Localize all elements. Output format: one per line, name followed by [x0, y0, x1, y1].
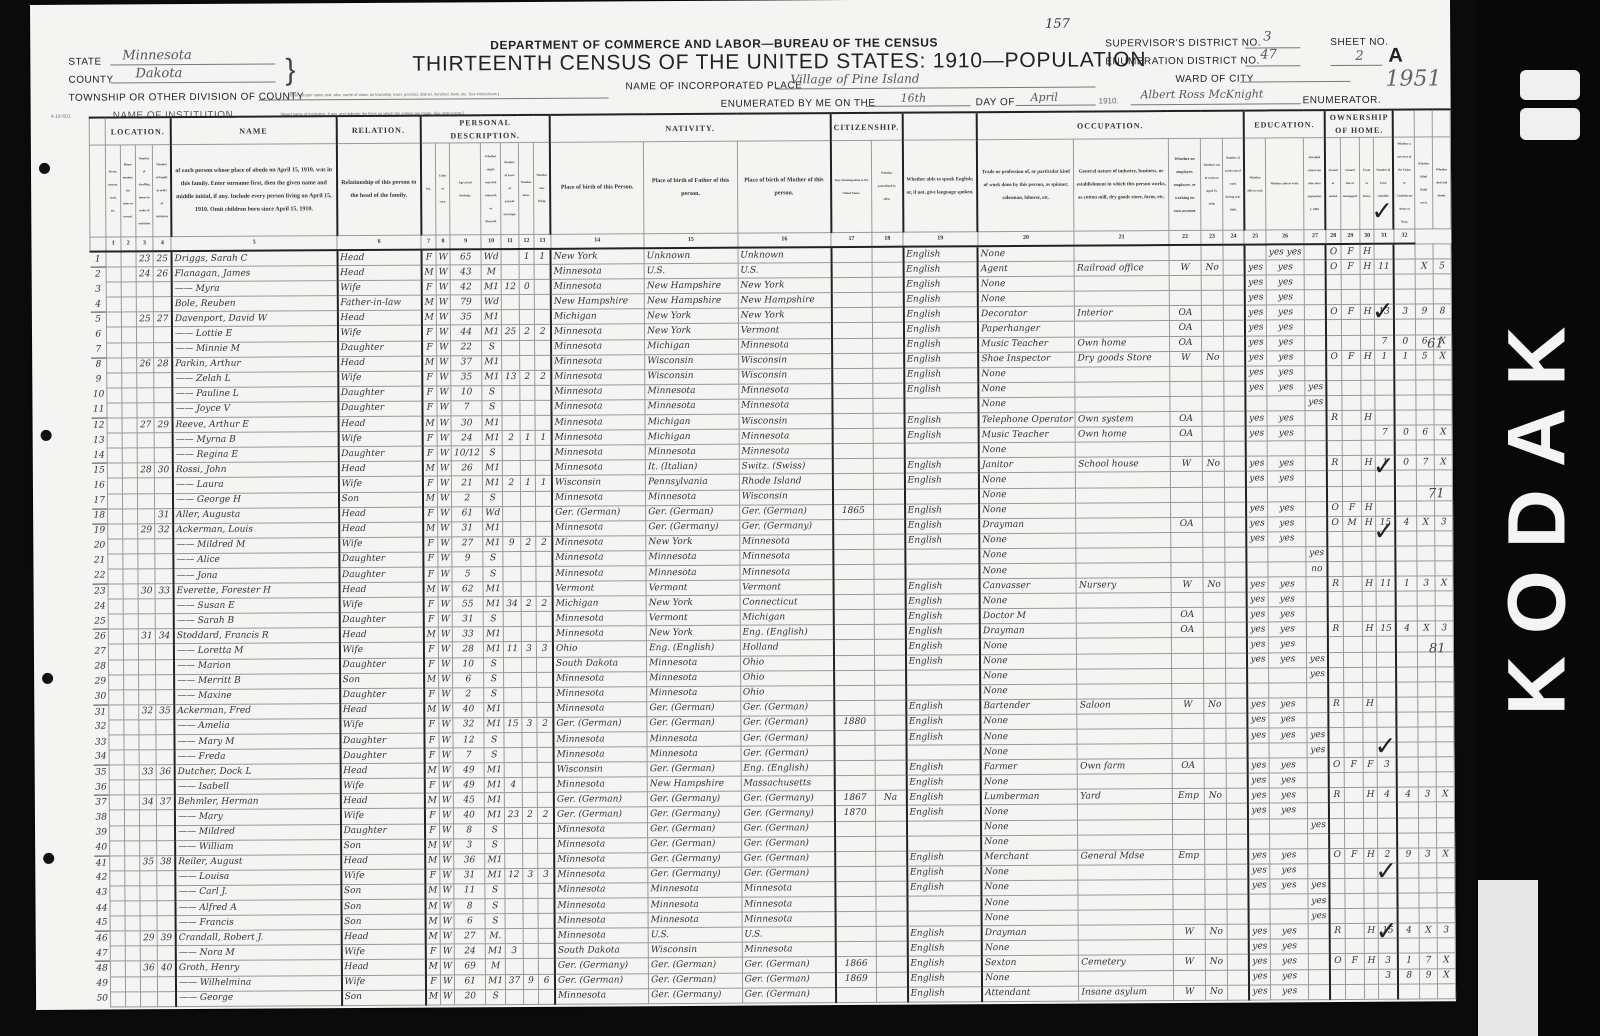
cell-bp: Minnesota: [551, 400, 645, 416]
cell-sex: F: [424, 658, 439, 673]
line-number: 43: [94, 886, 110, 901]
cell-age: 10/12: [451, 446, 482, 461]
enumerated-label: ENUMERATED BY ME ON THE: [721, 98, 876, 110]
cell-trade: None: [978, 291, 1075, 307]
cell-fam: 27: [154, 312, 172, 327]
house-number-cell: [123, 569, 138, 584]
house-number-cell: [124, 765, 139, 780]
cell-dw: [139, 825, 157, 840]
cell-ow: [1203, 547, 1225, 562]
header-dwelling: Number of dwelling house in order of vis…: [135, 145, 153, 237]
cell-mar: M.: [485, 929, 505, 944]
cell-fam: 37: [157, 795, 175, 810]
cell-free: [1344, 773, 1364, 788]
cell-sched: 7: [1375, 425, 1395, 440]
cell-bpm: Wisconsin: [739, 414, 833, 430]
cell-free: [1345, 939, 1365, 954]
header-children-living: Number now living.: [534, 142, 551, 234]
cell-sch: [1305, 365, 1327, 380]
line-number: 18: [92, 509, 108, 524]
cell-age: 32: [453, 718, 484, 733]
cell-ow: [1203, 517, 1225, 532]
cell-rel: Daughter: [338, 446, 422, 462]
house-number-cell: [122, 463, 137, 478]
cell-ind: [1078, 774, 1173, 790]
census-rows: 12325Driggs, Sarah CHeadFW65Wd11New York…: [90, 243, 1456, 1006]
cell-nat: [876, 957, 907, 972]
state-value: Minnesota: [122, 48, 191, 63]
header-family: Number of family in order of visitation.: [153, 145, 172, 237]
street-cell: [109, 826, 124, 841]
cell-emp: [1170, 366, 1202, 381]
cell-nat: [872, 368, 903, 383]
line-number: 15: [91, 463, 107, 478]
cell-bpm: Unknown: [738, 247, 832, 263]
cell-race: W: [439, 793, 453, 808]
cell-bpm: Vermont: [738, 323, 832, 339]
cell-born: [522, 778, 538, 793]
cell-ow: [1202, 396, 1224, 411]
cell-fh: H: [1361, 350, 1375, 365]
street-cell: [110, 946, 125, 961]
cell-emp: [1172, 728, 1204, 743]
county-value: Dakota: [135, 66, 182, 81]
cell-rd: yes: [1246, 456, 1268, 471]
cell-trade: None: [978, 246, 1075, 262]
cell-born: [521, 566, 537, 581]
cell-race: W: [440, 854, 454, 869]
cell-bpf: Ger. (Germany): [648, 807, 742, 823]
cell-bpm: Minnesota: [739, 444, 833, 460]
cell-age: 35: [451, 310, 482, 325]
cell-rd: yes: [1246, 592, 1268, 607]
cell-sex: F: [422, 446, 437, 461]
cell-living: [538, 853, 554, 868]
margin-note: 81: [1429, 641, 1446, 656]
cell-rd: yes: [1247, 728, 1269, 743]
enumerated-year: 1910.: [1099, 96, 1119, 105]
cell-living: [539, 959, 555, 974]
cell-bpf: New York: [646, 595, 740, 611]
cell-age: 22: [451, 340, 482, 355]
cell-free: [1342, 531, 1362, 546]
cell-bp: Ohio: [553, 641, 647, 657]
cell-own: O: [1330, 848, 1345, 863]
cell-blind: 3: [1419, 787, 1437, 802]
cell-free: M: [1342, 516, 1362, 531]
cell-age: 3: [454, 838, 485, 853]
cell-wr: [1268, 562, 1306, 577]
cell-ind: [1077, 638, 1172, 654]
cell-name: —— Mary: [175, 809, 341, 825]
cell-race: W: [440, 990, 454, 1005]
house-number-cell: [123, 584, 138, 599]
cell-free: [1344, 788, 1364, 803]
cell-wr: [1268, 547, 1306, 562]
cell-ow: [1202, 321, 1224, 336]
cell-bpf: New Hampshire: [644, 278, 738, 294]
cell-wk: [1227, 939, 1249, 954]
township-hint: [Insert proper name and, also, name of c…: [289, 91, 500, 97]
street-cell: [107, 418, 122, 433]
header-marital: Whether single, married, widowed, or div…: [481, 143, 502, 235]
cell-deaf: [1433, 243, 1451, 259]
cell-imm: 1870: [835, 806, 876, 821]
cell-lang: English: [907, 941, 982, 957]
cell-free: [1343, 622, 1363, 637]
cell-living: [536, 566, 552, 581]
cell-age: 55: [452, 597, 483, 612]
cell-bp: South Dakota: [553, 656, 647, 672]
cell-sex: F: [425, 808, 440, 823]
cell-imm: [833, 519, 874, 534]
cell-deaf: [1434, 395, 1452, 410]
cell-lang: [906, 684, 981, 700]
cell-rel: Daughter: [339, 658, 423, 674]
cell-free: F: [1341, 305, 1361, 320]
cell-age: 43: [450, 265, 481, 280]
cell-own: [1330, 939, 1345, 954]
cell-vet: 4: [1396, 516, 1417, 531]
column-number: 24: [1223, 230, 1245, 245]
cell-own: [1329, 727, 1344, 742]
cell-wk: [1225, 638, 1247, 653]
street-cell: [108, 554, 123, 569]
cell-yrs: [506, 989, 524, 1004]
street-cell: [110, 901, 125, 916]
cell-bpf: Ger. (German): [648, 958, 742, 974]
cell-name: —— George: [176, 990, 342, 1006]
cell-ind: [1077, 713, 1172, 729]
house-number-cell: [123, 705, 138, 720]
column-number: 14: [550, 234, 644, 249]
cell-rel: Wife: [341, 944, 425, 960]
cell-free: [1345, 878, 1365, 893]
film-leader-tab: [1478, 880, 1538, 1036]
line-number: 13: [91, 433, 107, 448]
line-number: 29: [93, 675, 109, 690]
cell-fam: 35: [156, 704, 174, 719]
cell-race: W: [438, 627, 452, 642]
cell-dw: [140, 946, 158, 961]
cell-living: [537, 657, 553, 672]
house-number-cell: [123, 674, 138, 689]
cell-nat: [876, 911, 907, 926]
cell-nat: [875, 806, 906, 821]
cell-mar: M1: [485, 944, 505, 959]
cell-wr: yes: [1267, 305, 1305, 320]
cell-wk: [1224, 396, 1246, 411]
cell-sex: M: [422, 310, 437, 325]
cell-mar: M: [486, 959, 506, 974]
cell-bpm: Eng. (English): [741, 761, 835, 777]
cell-rel: Son: [341, 839, 425, 855]
house-number-cell: [124, 750, 139, 765]
line-number: 35: [93, 765, 109, 780]
cell-rel: Head: [340, 763, 424, 779]
cell-emp: [1173, 940, 1205, 955]
house-number-cell: [121, 312, 136, 327]
cell-race: W: [439, 718, 453, 733]
cell-rd: yes: [1245, 381, 1267, 396]
cell-bpm: Ger. (German): [741, 821, 835, 837]
cell-mar: M1: [482, 431, 502, 446]
cell-yrs: 12: [501, 280, 519, 295]
cell-name: —— Marion: [174, 658, 340, 674]
cell-bp: Minnesota: [551, 324, 645, 340]
header-naturalized: Whether naturalized or alien.: [871, 140, 903, 232]
cell-blind: [1416, 365, 1434, 380]
cell-vet: [1397, 757, 1418, 772]
cell-mar: S: [484, 687, 504, 702]
cell-yrs: [502, 416, 520, 431]
house-number-cell: [124, 825, 139, 840]
cell-born: [519, 295, 535, 310]
group-nativity: NATIVITY.: [550, 113, 831, 142]
house-number-cell: [125, 946, 140, 961]
cell-sch: [1306, 486, 1328, 501]
cell-born: [520, 446, 536, 461]
cell-dw: [138, 539, 156, 554]
header-sex: Sex.: [421, 143, 436, 235]
cell-wk: [1223, 321, 1245, 336]
cell-rel: Wife: [338, 477, 422, 493]
cell-emp: W: [1170, 457, 1202, 472]
checkmark-icon: ✓: [1373, 452, 1395, 482]
cell-bpf: Minnesota: [645, 444, 739, 460]
cell-blind: [1417, 591, 1435, 606]
cell-name: —— Jona: [173, 568, 339, 584]
census-table: LOCATION. NAME RELATION. PERSONAL DESCRI…: [89, 108, 1456, 1007]
house-number-cell: [123, 554, 138, 569]
cell-sex: F: [423, 597, 438, 612]
cell-blind: [1418, 697, 1436, 712]
line-number: 46: [94, 931, 110, 946]
cell-ow: [1203, 487, 1225, 502]
cell-age: 37: [451, 355, 482, 370]
cell-bpf: Minnesota: [646, 490, 740, 506]
cell-lang: English: [904, 413, 979, 429]
cell-sched: [1376, 486, 1396, 501]
cell-bp: Minnesota: [553, 671, 647, 687]
cell-rel: Wife: [339, 643, 423, 659]
cell-blind: X: [1415, 259, 1433, 274]
line-number: 8: [91, 358, 107, 373]
street-cell: [107, 463, 122, 478]
cell-race: W: [438, 507, 452, 522]
cell-free: [1344, 863, 1364, 878]
cell-deaf: [1436, 727, 1454, 742]
cell-age: 61: [455, 974, 486, 989]
cell-own: [1328, 652, 1343, 667]
column-number: 30: [1360, 229, 1374, 244]
cell-living: 2: [537, 717, 553, 732]
cell-wr: yes: [1268, 516, 1306, 531]
cell-rd: yes: [1247, 713, 1269, 728]
cell-emp: OA: [1170, 411, 1202, 426]
census-sheet: STATE Minnesota COUNTY Dakota } TOWNSHIP…: [30, 0, 1456, 1010]
cell-vet: [1395, 440, 1416, 455]
cell-sex: F: [425, 869, 440, 884]
cell-own: [1329, 803, 1344, 818]
cell-mar: M1: [484, 793, 504, 808]
cell-wk: [1225, 562, 1247, 577]
column-number: 20: [978, 231, 1075, 246]
cell-fh: [1364, 803, 1378, 818]
cell-race: W: [439, 778, 453, 793]
cell-rd: yes: [1245, 351, 1267, 366]
line-number: 38: [93, 810, 109, 825]
cell-name: —— Myra: [172, 281, 338, 297]
cell-deaf: 3: [1437, 923, 1455, 938]
cell-bpf: Unknown: [644, 248, 738, 264]
cell-dw: [137, 388, 155, 403]
cell-bpf: Michigan: [645, 339, 739, 355]
cell-ind: [1075, 396, 1170, 412]
cell-wk: [1223, 336, 1245, 351]
cell-rel: Daughter: [340, 733, 424, 749]
line-number: 7: [91, 343, 107, 358]
house-number-cell: [125, 991, 140, 1006]
cell-fam: [154, 372, 172, 387]
cell-own: [1328, 546, 1343, 561]
cell-ow: [1202, 306, 1224, 321]
cell-dw: [140, 991, 158, 1006]
cell-mar: S: [484, 748, 504, 763]
cell-rd: yes: [1246, 502, 1268, 517]
line-number: 22: [92, 569, 108, 584]
line-number: 11: [91, 403, 107, 418]
cell-dw: [137, 448, 155, 463]
line-number: 45: [94, 916, 110, 931]
cell-lang: English: [906, 654, 981, 670]
binder-hole-icon: [39, 163, 50, 174]
cell-nat: [873, 474, 904, 489]
header-employer: Whether an employer, employee, or workin…: [1168, 138, 1201, 230]
cell-name: —— Lottie E: [172, 326, 338, 342]
cell-living: [537, 747, 553, 762]
cell-deaf: X: [1434, 455, 1452, 470]
cell-rd: yes: [1246, 471, 1268, 486]
cell-ow: [1204, 638, 1226, 653]
cell-wk: [1225, 517, 1247, 532]
cell-sch: yes: [1307, 667, 1329, 682]
cell-name: —— Joyce V: [172, 402, 338, 418]
cell-fam: [158, 976, 176, 991]
cell-living: [535, 340, 551, 355]
line-number: 5: [90, 312, 106, 327]
cell-yrs: [505, 823, 523, 838]
cell-fh: [1363, 652, 1377, 667]
cell-imm: 1869: [836, 972, 877, 987]
cell-fam: 38: [157, 855, 175, 870]
cell-blind: 9: [1416, 304, 1434, 319]
cell-mar: S: [485, 823, 505, 838]
cell-age: 27: [452, 537, 483, 552]
cell-age: 40: [453, 703, 484, 718]
cell-blind: [1417, 470, 1435, 485]
cell-own: [1327, 380, 1342, 395]
cell-ind: Cemetery: [1079, 955, 1174, 971]
cell-fh: [1364, 833, 1378, 848]
cell-age: 6: [453, 672, 484, 687]
cell-sched: [1377, 667, 1397, 682]
cell-deaf: [1435, 500, 1453, 515]
cell-ow: [1204, 713, 1226, 728]
cell-free: [1343, 697, 1363, 712]
cell-lang: English: [905, 609, 980, 625]
cell-yrs: [502, 400, 520, 415]
checkmark-icon: ✓: [1372, 297, 1394, 327]
cell-deaf: [1436, 666, 1454, 681]
cell-emp: W: [1169, 351, 1201, 366]
cell-rel: Son: [340, 673, 424, 689]
cell-rel: Wife: [340, 778, 424, 794]
cell-free: [1342, 546, 1362, 561]
cell-yrs: 25: [502, 325, 520, 340]
cell-deaf: [1436, 682, 1454, 697]
cell-race: W: [438, 552, 452, 567]
cell-vet: 0: [1394, 335, 1415, 350]
cell-lang: [907, 820, 982, 836]
street-cell: [109, 765, 124, 780]
cell-ind: Own system: [1075, 412, 1170, 428]
cell-sched: [1375, 395, 1395, 410]
cell-rd: [1248, 819, 1270, 834]
cell-blind: [1417, 561, 1435, 576]
cell-wk: [1226, 819, 1248, 834]
cell-vet: [1398, 984, 1419, 999]
cell-name: Stoddard, Francis R: [174, 628, 340, 644]
cell-living: [536, 461, 552, 476]
cell-wr: yes: [1267, 426, 1305, 441]
cell-living: [538, 823, 554, 838]
cell-born: 2: [519, 325, 535, 340]
cell-free: [1343, 592, 1363, 607]
cell-imm: 1866: [836, 957, 877, 972]
cell-age: 27: [454, 929, 485, 944]
street-cell: [108, 509, 123, 524]
cell-wk: [1226, 773, 1248, 788]
cell-ind: Yard: [1078, 789, 1173, 805]
cell-blind: 5: [1416, 350, 1434, 365]
cell-ow: [1202, 336, 1224, 351]
cell-yrs: 34: [503, 597, 521, 612]
cell-wk: [1223, 351, 1245, 366]
cell-sch: [1305, 411, 1327, 426]
cell-vet: 8: [1398, 969, 1419, 984]
cell-bpm: Minnesota: [740, 565, 834, 581]
cell-dw: 32: [139, 705, 157, 720]
cell-ind: School house: [1076, 457, 1171, 473]
street-cell: [110, 871, 125, 886]
cell-free: [1341, 335, 1361, 350]
cell-lang: English: [907, 971, 982, 987]
cell-own: [1327, 486, 1342, 501]
cell-wk: [1224, 426, 1246, 441]
cell-born: [520, 415, 536, 430]
cell-dw: [140, 871, 158, 886]
cell-fam: [156, 689, 174, 704]
cell-name: —— Minnie M: [172, 341, 338, 357]
cell-bp: Minnesota: [552, 536, 646, 552]
cell-lang: [905, 564, 980, 580]
cell-own: O: [1326, 244, 1341, 260]
cell-sched: [1377, 712, 1397, 727]
cell-deaf: [1437, 878, 1455, 893]
cell-age: 30: [451, 416, 482, 431]
header-age: Age at last birthday.: [450, 143, 481, 235]
